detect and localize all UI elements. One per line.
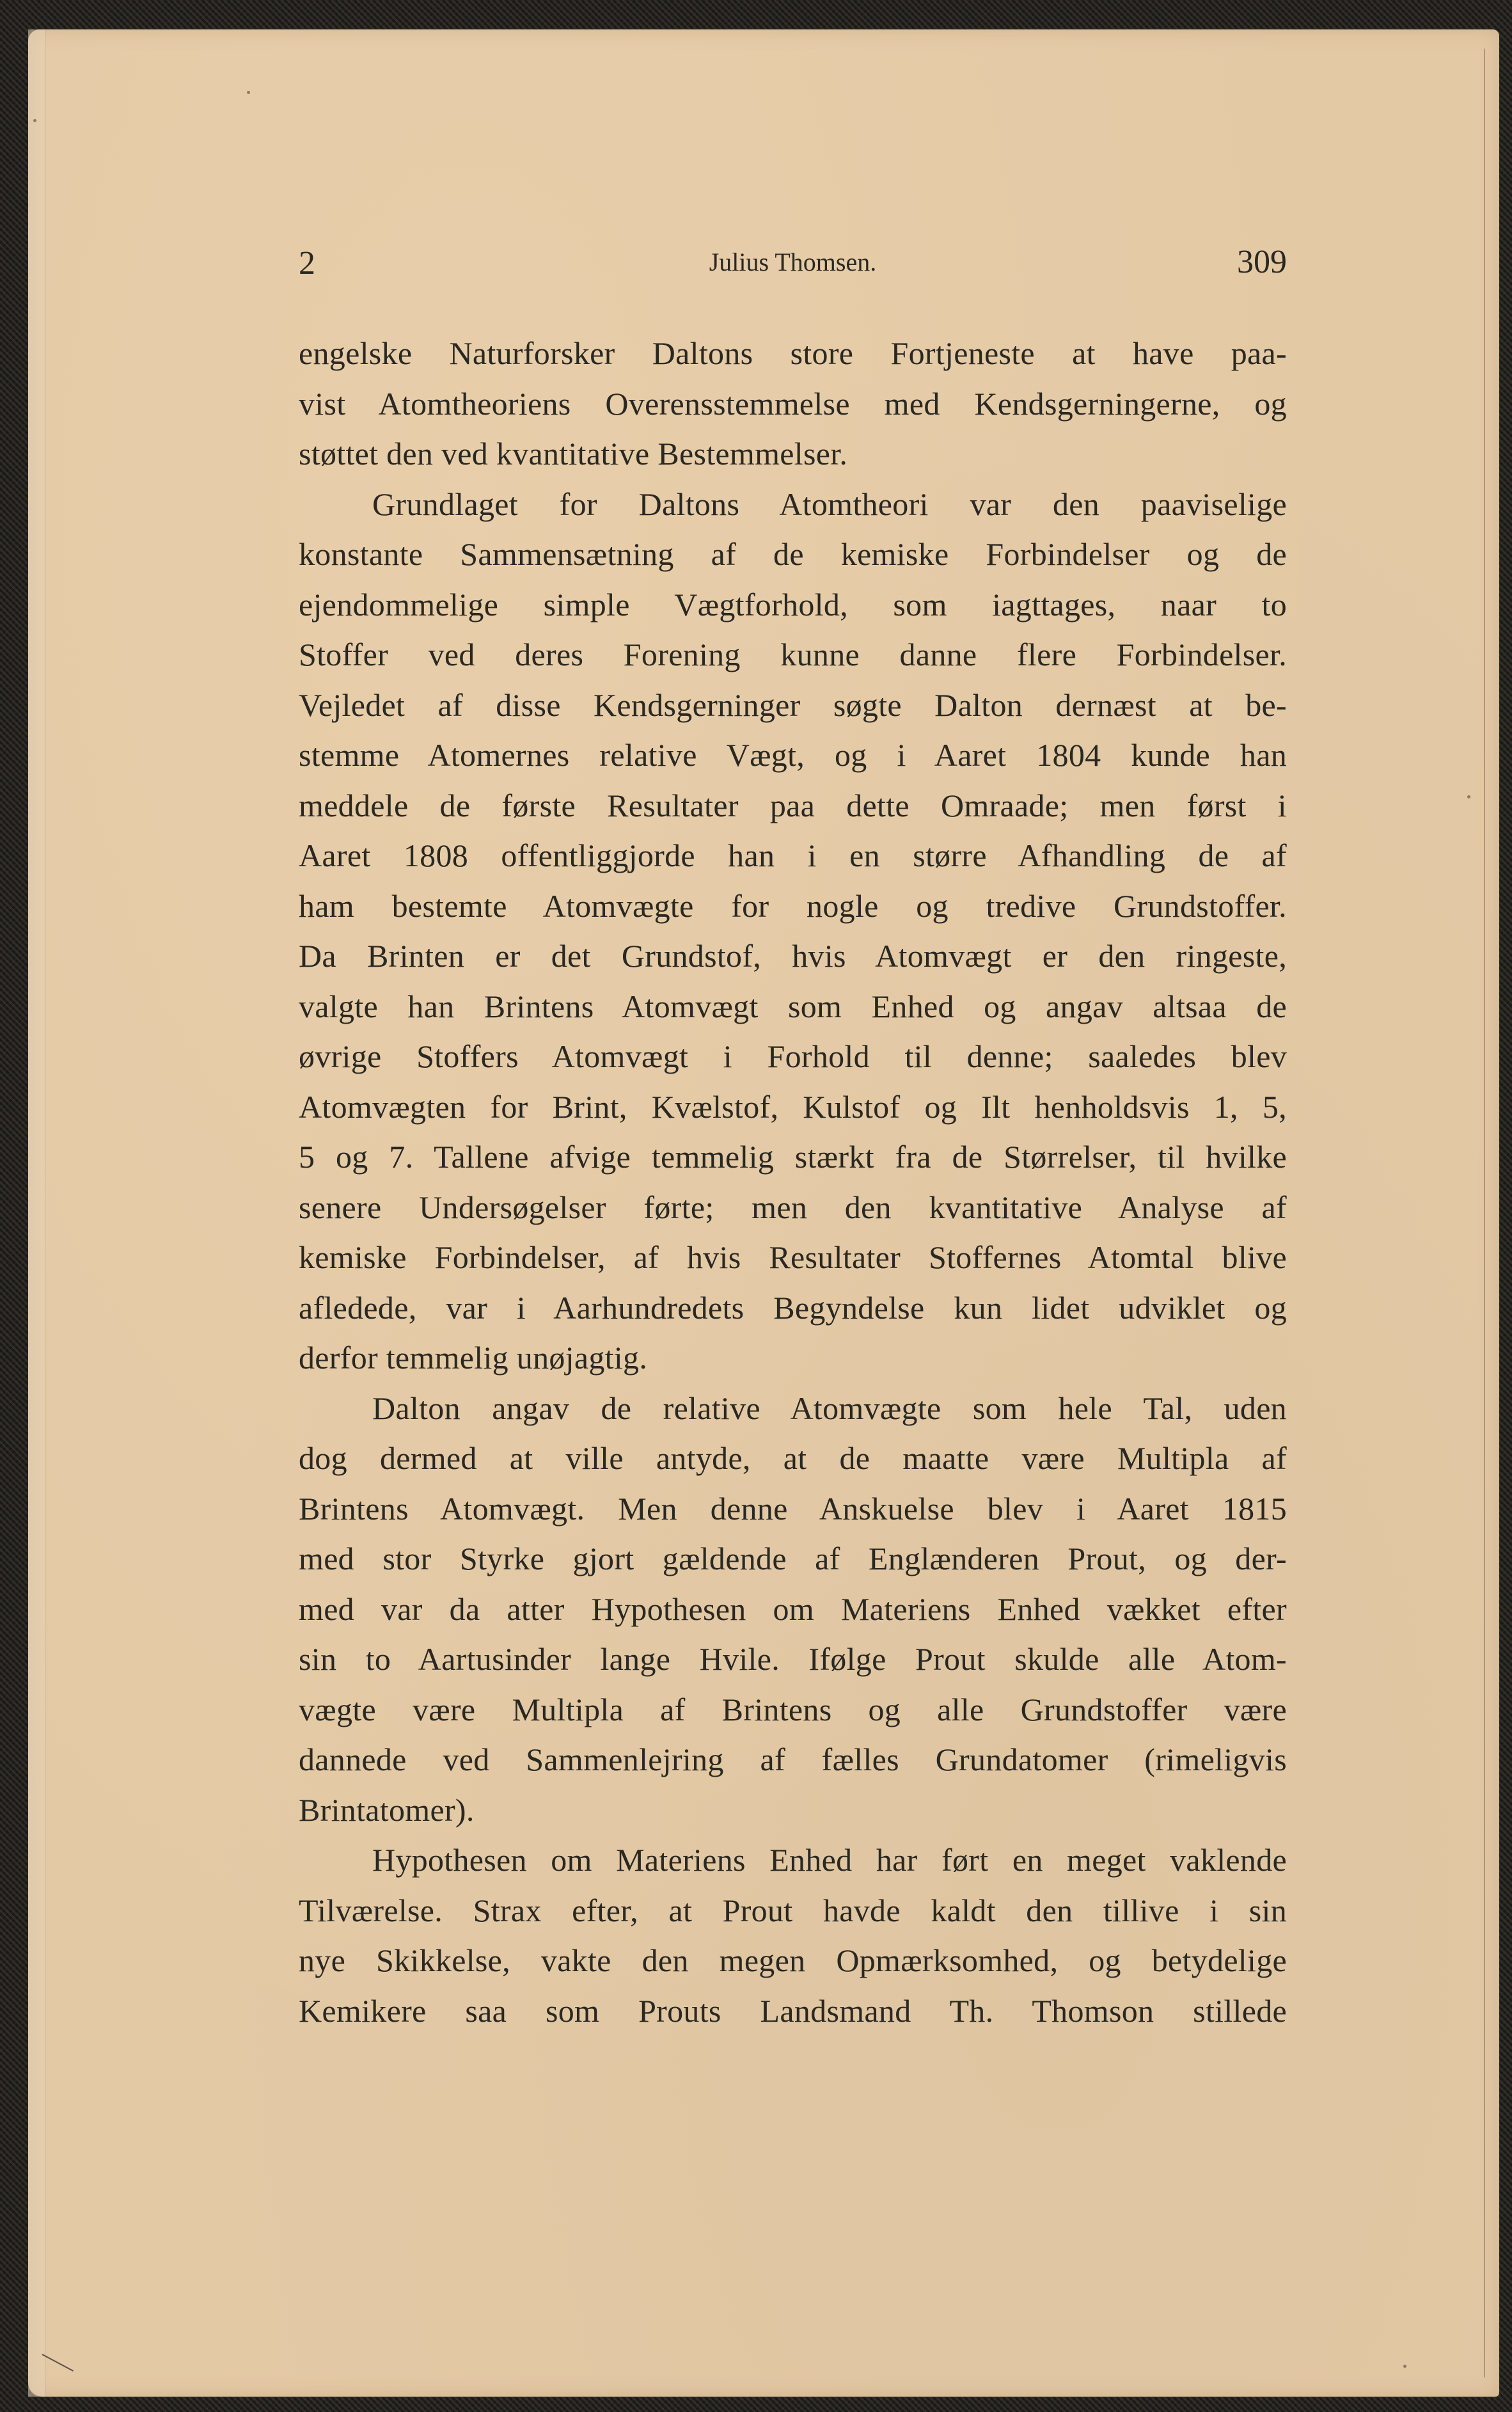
text-line: med var da atter Hypothesen om Materiens…	[299, 1584, 1287, 1635]
text-line: vægte være Multipla af Brintens og alle …	[299, 1685, 1287, 1735]
page-fold-line	[1484, 49, 1485, 2377]
text-line: stemme Atomernes relative Vægt, og i Aar…	[299, 730, 1287, 781]
text-line: ham bestemte Atomvægte for nogle og tred…	[299, 881, 1287, 932]
text-line: kemiske Forbindelser, af hvis Resultater…	[299, 1232, 1287, 1283]
paper-speck	[247, 91, 250, 94]
text-line: dog dermed at ville antyde, at de maatte…	[299, 1433, 1287, 1484]
text-line: valgte han Brintens Atomvægt som Enhed o…	[299, 981, 1287, 1032]
paragraph-2: Grundlaget for Daltons Atomtheori var de…	[299, 479, 1287, 1383]
text-line: med stor Styrke gjort gældende af Englæn…	[299, 1534, 1287, 1584]
text-line: engelske Naturforsker Daltons store Fort…	[299, 328, 1287, 379]
text-line: konstante Sammensætning af de kemiske Fo…	[299, 529, 1287, 580]
page-margin-strip	[28, 29, 45, 2397]
text-line: Brintens Atomvægt. Men denne Anskuelse b…	[299, 1484, 1287, 1534]
text-line: Tilværelse. Strax efter, at Prout havde …	[299, 1885, 1287, 1936]
text-line: Stoffer ved deres Forening kunne danne f…	[299, 630, 1287, 680]
paragraph-4: Hypothesen om Materiens Enhed har ført e…	[299, 1835, 1287, 2036]
body-text: engelske Naturforsker Daltons store Fort…	[299, 328, 1287, 2036]
text-line: Da Brinten er det Grundstof, hvis Atomvæ…	[299, 931, 1287, 981]
text-line: senere Undersøgelser førte; men den kvan…	[299, 1182, 1287, 1233]
text-line: Dalton angav de relative Atomvægte som h…	[299, 1383, 1287, 1434]
author-name: Julius Thomsen.	[299, 247, 1287, 277]
text-line: nye Skikkelse, vakte den megen Opmærksom…	[299, 1935, 1287, 1986]
text-line: støttet den ved kvantitative Bestemmelse…	[299, 429, 1287, 479]
paper-speck	[1467, 795, 1470, 798]
text-line: Vejledet af disse Kendsgerninger søgte D…	[299, 680, 1287, 731]
paper-speck	[33, 119, 36, 122]
paragraph-3: Dalton angav de relative Atomvægte som h…	[299, 1383, 1287, 1836]
page-number: 309	[1237, 243, 1287, 281]
text-line: ejendommelige simple Vægtforhold, som ia…	[299, 580, 1287, 630]
text-line: Kemikere saa som Prouts Landsmand Th. Th…	[299, 1986, 1287, 2036]
text-line: Grundlaget for Daltons Atomtheori var de…	[299, 479, 1287, 530]
text-line: 5 og 7. Tallene afvige temmelig stærkt f…	[299, 1132, 1287, 1182]
text-line: afledede, var i Aarhundredets Begyndelse…	[299, 1283, 1287, 1333]
text-line: Brintatomer).	[299, 1785, 1287, 1836]
text-line: meddele de første Resultater paa dette O…	[299, 781, 1287, 831]
text-line: Atomvægten for Brint, Kvælstof, Kulstof …	[299, 1082, 1287, 1132]
text-line: Aaret 1808 offentliggjorde han i en stør…	[299, 830, 1287, 881]
running-header: 2 Julius Thomsen. 309	[299, 244, 1287, 283]
text-line: øvrige Stoffers Atomvægt i Forhold til d…	[299, 1031, 1287, 1082]
text-line: sin to Aartusinder lange Hvile. Ifølge P…	[299, 1634, 1287, 1685]
corner-tear-mark	[42, 2354, 74, 2372]
paper-speck	[1403, 2365, 1406, 2368]
text-line: derfor temmelig unøjagtig.	[299, 1333, 1287, 1383]
paragraph-1: engelske Naturforsker Daltons store Fort…	[299, 328, 1287, 479]
text-line: Hypothesen om Materiens Enhed har ført e…	[299, 1835, 1287, 1885]
text-line: dannede ved Sammenlejring af fælles Grun…	[299, 1734, 1287, 1785]
text-line: vist Atomtheoriens Overensstemmelse med …	[299, 379, 1287, 429]
